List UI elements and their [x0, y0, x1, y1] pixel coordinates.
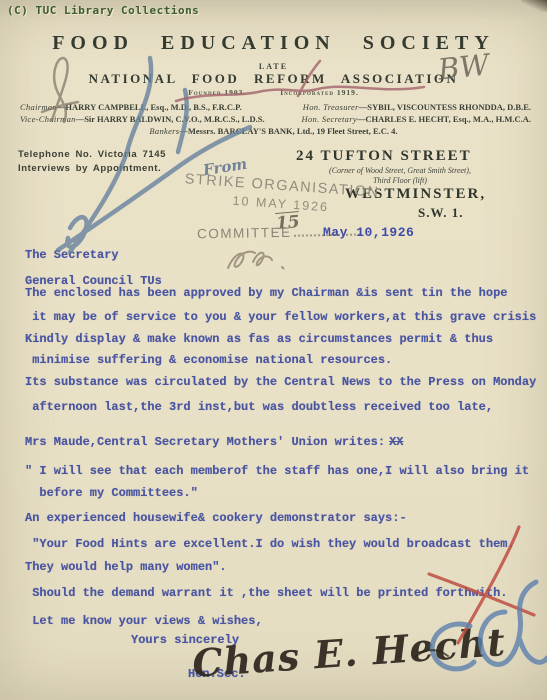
handwritten-signature: Chas E. Hecht [191, 619, 507, 686]
founded-line: Founded 1903.Incorporated 1919. [0, 88, 547, 97]
library-watermark: (C) TUC Library Collections [7, 4, 199, 17]
body-line: An experienced housewife& cookery demons… [25, 511, 407, 525]
body-line: Should the demand warrant it ,the sheet … [25, 586, 507, 600]
secretary-line: Hon. Secretary—CHARLES E. HECHT, Esq., M… [302, 114, 531, 124]
founded-date: Founded 1903. [188, 88, 246, 97]
body-line: Let me know your views & wishes, [25, 614, 263, 628]
body-line: They would help many women". [25, 560, 227, 574]
body-line: The enclosed has been approved by my Cha… [25, 286, 507, 300]
treasurer-line: Hon. Treasurer—SYBIL, VISCOUNTESS RHONDD… [303, 102, 531, 112]
body-line: Its substance was circulated by the Cent… [25, 375, 536, 389]
body-line: "Your Food Hints are excellent.I do wish… [25, 537, 515, 551]
body-line: Mrs Maude,Central Secretary Mothers' Uni… [25, 435, 403, 449]
address-district: S.W. 1. [418, 205, 464, 221]
struck-out-characters: XX [389, 435, 403, 449]
vice-chairman-line: Vice-Chairman—Sir HARRY BALDWIN, C.V.O.,… [20, 114, 265, 124]
scan-edge-shadow [521, 0, 547, 12]
recipient-line: The Secretary [25, 248, 119, 262]
interviews-line: Interviews by Appointment. [18, 163, 161, 174]
chairman-line: Chairman—HARRY CAMPBELL, Esq., M.D., B.S… [20, 102, 242, 112]
body-line: Kindly display & make known as fas as ci… [25, 332, 493, 346]
scanned-letter-page: (C) TUC Library Collections FOOD EDUCATI… [0, 0, 547, 700]
body-line: minimise suffering & economise national … [25, 353, 392, 367]
handwritten-initials: BW [436, 47, 490, 86]
body-line: " I will see that each memberof the staf… [25, 464, 529, 478]
body-line: before my Committees." [25, 486, 198, 500]
pencil-monogram [228, 252, 284, 269]
address-corner-note: (Corner of Wood Street, Great Smith Stre… [280, 166, 520, 175]
body-line: it may be of service to you & your fello… [25, 310, 536, 324]
body-line: afternoon last,the 3rd inst,but was doub… [25, 400, 493, 414]
bankers-line: Bankers—Messrs. BARCLAY'S BANK, Ltd., 19… [0, 126, 547, 136]
incorporated-date: Incorporated 1919. [280, 88, 358, 97]
handwritten-committee-number: 15 [275, 212, 300, 234]
telephone-line: Telephone No. Victoria 7145 [18, 149, 166, 160]
address-street: 24 TUFTON STREET [296, 148, 472, 165]
typed-date: May 10,1926 [323, 225, 414, 240]
